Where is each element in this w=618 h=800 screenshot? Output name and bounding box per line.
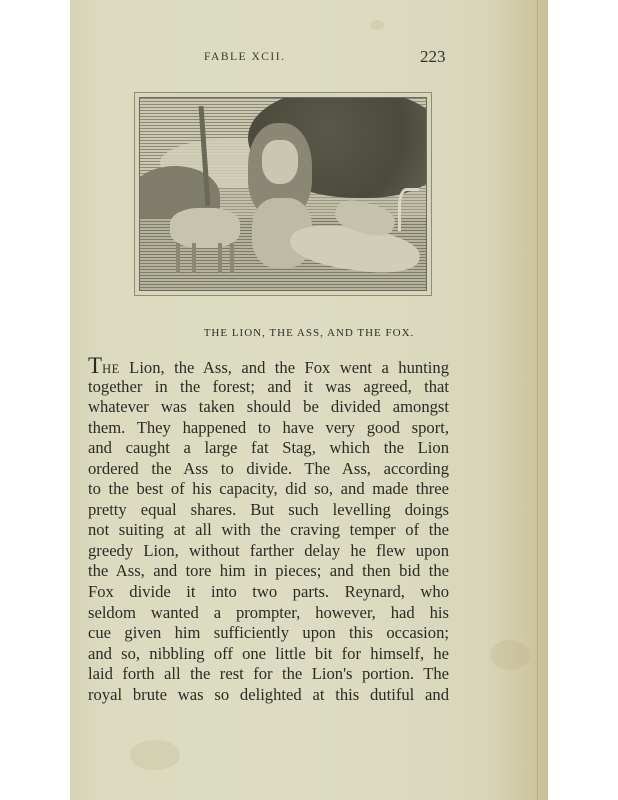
fox [170,208,240,248]
paper-stain [130,740,180,770]
text-line: laid forth all the rest for the Lion's p… [88,664,449,685]
fox-leg [192,243,196,273]
text-line: THE Lion, the Ass, and the Fox went a hu… [88,356,449,377]
paper-stain [490,640,530,670]
page-number: 223 [420,47,446,67]
running-head: FABLE XCII. 223 [70,49,548,69]
paper-stain [370,20,384,30]
text-line: pretty equal shares. But such levelling … [88,500,449,521]
small-caps: HE [102,362,120,376]
text-line: and so, nibbling off one little bit for … [88,644,449,665]
engraving-illustration [139,97,427,291]
fox-leg [230,243,234,273]
fox-leg [176,243,180,273]
lion-face [262,140,298,184]
engraving-plate [134,92,432,296]
text-line: cue given him sufficiently upon this occ… [88,623,449,644]
text-line: to the best of his capacity, did so, and… [88,479,449,500]
text-line: together in the forest; and it was agree… [88,377,449,398]
line-text: Lion, the Ass, and the Fox went a huntin… [120,358,449,377]
text-line: not suiting at all with the craving temp… [88,520,449,541]
text-line: them. They happened to have very good sp… [88,418,449,439]
text-line: and caught a large fat Stag, which the L… [88,438,449,459]
drop-cap: T [88,353,102,378]
text-line: whatever was taken should be divided amo… [88,397,449,418]
stag-antler [398,188,419,231]
text-line: royal brute was so delighted at this dut… [88,685,449,706]
text-line: greedy Lion, without farther delay he fl… [88,541,449,562]
fox-leg [218,243,222,273]
text-line: ordered the Ass to divide. The Ass, acco… [88,459,449,480]
text-line: Fox divide it into two parts. Reynard, w… [88,582,449,603]
book-page: FABLE XCII. 223 THE LION, THE ASS, AND T… [70,0,548,800]
text-line: seldom wanted a prompter, however, had h… [88,603,449,624]
fable-title: THE LION, THE ASS, AND THE FOX. [70,327,548,339]
fable-number: FABLE XCII. [204,51,285,63]
fable-text: THE Lion, the Ass, and the Fox went a hu… [88,356,449,705]
text-line: the Ass, and tore him in pieces; and the… [88,561,449,582]
